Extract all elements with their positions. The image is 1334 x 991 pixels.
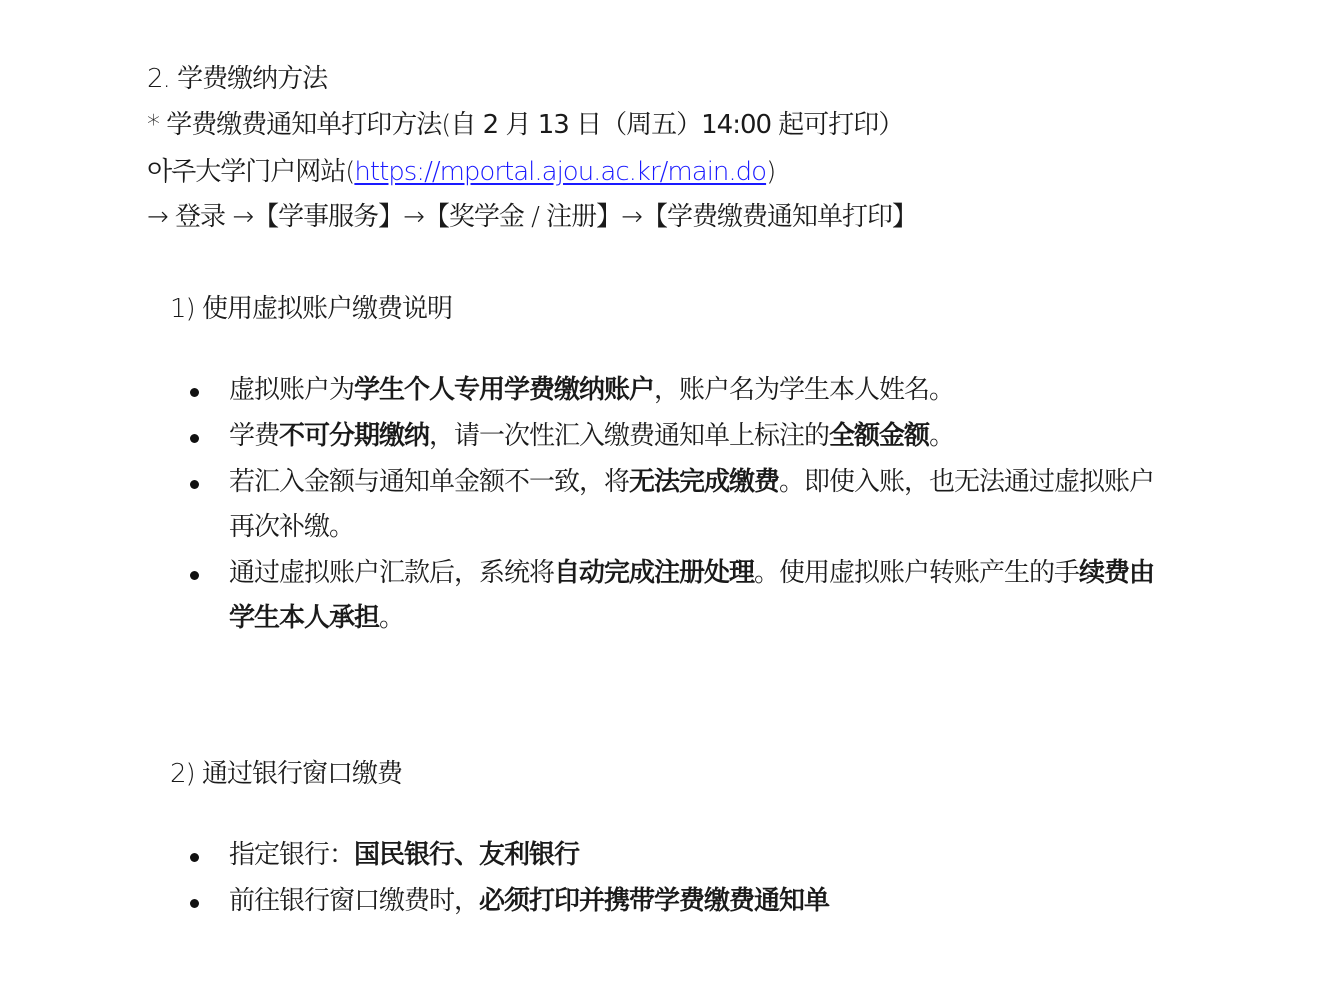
list-item: 若汇入金额与通知单金额不一致，将无法完成缴费。即使入账，也无法通过虚拟账户再次补… bbox=[229, 460, 1174, 550]
print-notice-prefix: * 学费缴费通知单打印方法( bbox=[147, 110, 450, 140]
list-item: 通过虚拟账户汇款后，系统将自动完成注册处理。使用虚拟账户转账产生的手续费由学生本… bbox=[229, 551, 1174, 641]
subsection-2-title: 2) 通过银行窗口缴费 bbox=[170, 757, 402, 791]
bold-text-span: 不可分期缴纳 bbox=[279, 421, 429, 451]
bold-text-span: 自动完成注册处理 bbox=[554, 558, 754, 588]
bold-text-span: 国民银行、友利银行 bbox=[354, 840, 579, 870]
text-span: 学费 bbox=[229, 421, 279, 451]
text-span: ，账户名为学生本人姓名。 bbox=[654, 375, 954, 405]
bullet-icon bbox=[190, 434, 199, 443]
bold-text-span: 无法完成缴费 bbox=[629, 467, 779, 497]
bullet-icon bbox=[190, 853, 199, 862]
list-item: 学费不可分期缴纳，请一次性汇入缴费通知单上标注的全额金额。 bbox=[229, 414, 1174, 459]
bullet-icon bbox=[190, 388, 199, 397]
bold-text-span: 全额金额 bbox=[829, 421, 929, 451]
subsection-1-title: 1) 使用虚拟账户缴费说明 bbox=[170, 292, 452, 326]
text-span: 指定银行： bbox=[229, 840, 354, 870]
text-span: 前往银行窗口缴费时， bbox=[229, 886, 479, 916]
portal-label: 아주大学门户网站( bbox=[147, 157, 354, 187]
print-notice-suffix: ） bbox=[878, 110, 903, 140]
text-span: ，请一次性汇入缴费通知单上标注的 bbox=[429, 421, 829, 451]
bullet-icon bbox=[190, 571, 199, 580]
list-item: 指定银行：国民银行、友利银行 bbox=[229, 833, 1174, 878]
text-span: 通过虚拟账户汇款后，系统将 bbox=[229, 558, 554, 588]
text-span: 若汇入金额与通知单金额不一致，将 bbox=[229, 467, 629, 497]
bullet-icon bbox=[190, 899, 199, 908]
text-span: 。 bbox=[379, 603, 404, 633]
list-item: 虚拟账户为学生个人专用学费缴纳账户，账户名为学生本人姓名。 bbox=[229, 368, 1174, 413]
section-heading: 2. 学费缴纳方法 bbox=[147, 62, 327, 96]
portal-link[interactable]: https://mportal.ajou.ac.kr/main.do bbox=[354, 157, 766, 187]
list-item: 前往银行窗口缴费时，必须打印并携带学费缴费通知单 bbox=[229, 879, 1174, 924]
text-span: 虚拟账户为 bbox=[229, 375, 354, 405]
text-span: 。 bbox=[929, 421, 954, 451]
navigation-path: → 登录 →【学事服务】→【奖学金 / 注册】→【学费缴费通知单打印】 bbox=[147, 200, 917, 234]
print-notice: * 学费缴费通知单打印方法(自 2 月 13 日（周五）14:00 起可打印） bbox=[147, 108, 903, 142]
bold-text-span: 学生个人专用学费缴纳账户 bbox=[354, 375, 654, 405]
portal-suffix: ) bbox=[766, 157, 775, 187]
bullet-icon bbox=[190, 480, 199, 489]
portal-line: 아주大学门户网站(https://mportal.ajou.ac.kr/main… bbox=[147, 155, 775, 189]
bold-text-span: 必须打印并携带学费缴费通知单 bbox=[479, 886, 829, 916]
print-notice-date: 自 2 月 13 日（周五）14:00 起可打印 bbox=[450, 110, 878, 140]
text-span: 。使用虚拟账户转账产生的手 bbox=[754, 558, 1079, 588]
